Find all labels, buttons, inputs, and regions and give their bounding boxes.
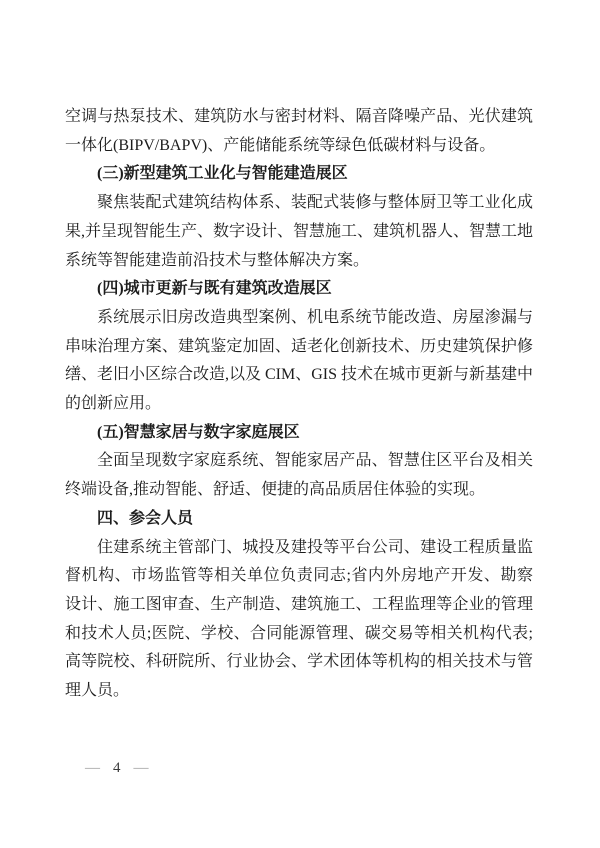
paragraph: 聚焦装配式建筑结构体系、装配式装修与整体厨卫等工业化成果,并呈现智能生产、数字设… [65,189,533,275]
footer-dash-left: — [85,760,100,776]
page-number: 4 [100,760,134,776]
document-body: 空调与热泵技术、建筑防水与密封材料、隔音降噪产品、光伏建筑一体化(BIPV/BA… [65,103,533,706]
page-footer: —4— [85,754,149,782]
paragraph: 全面呈现数字家庭系统、智能家居产品、智慧住区平台及相关终端设备,推动智能、舒适、… [65,447,533,504]
section-heading: (四)城市更新与既有建筑改造展区 [65,275,533,304]
section-heading: (五)智慧家居与数字家庭展区 [65,419,533,448]
paragraph: 空调与热泵技术、建筑防水与密封材料、隔音降噪产品、光伏建筑一体化(BIPV/BA… [65,103,533,160]
section-heading: 四、参会人员 [65,505,533,534]
footer-dash-right: — [134,760,149,776]
paragraph: 住建系统主管部门、城投及建投等平台公司、建设工程质量监督机构、市场监管等相关单位… [65,534,533,706]
document-page: 空调与热泵技术、建筑防水与密封材料、隔音降噪产品、光伏建筑一体化(BIPV/BA… [0,0,600,848]
section-heading: (三)新型建筑工业化与智能建造展区 [65,160,533,189]
paragraph: 系统展示旧房改造典型案例、机电系统节能改造、房屋渗漏与串味治理方案、建筑鉴定加固… [65,304,533,419]
